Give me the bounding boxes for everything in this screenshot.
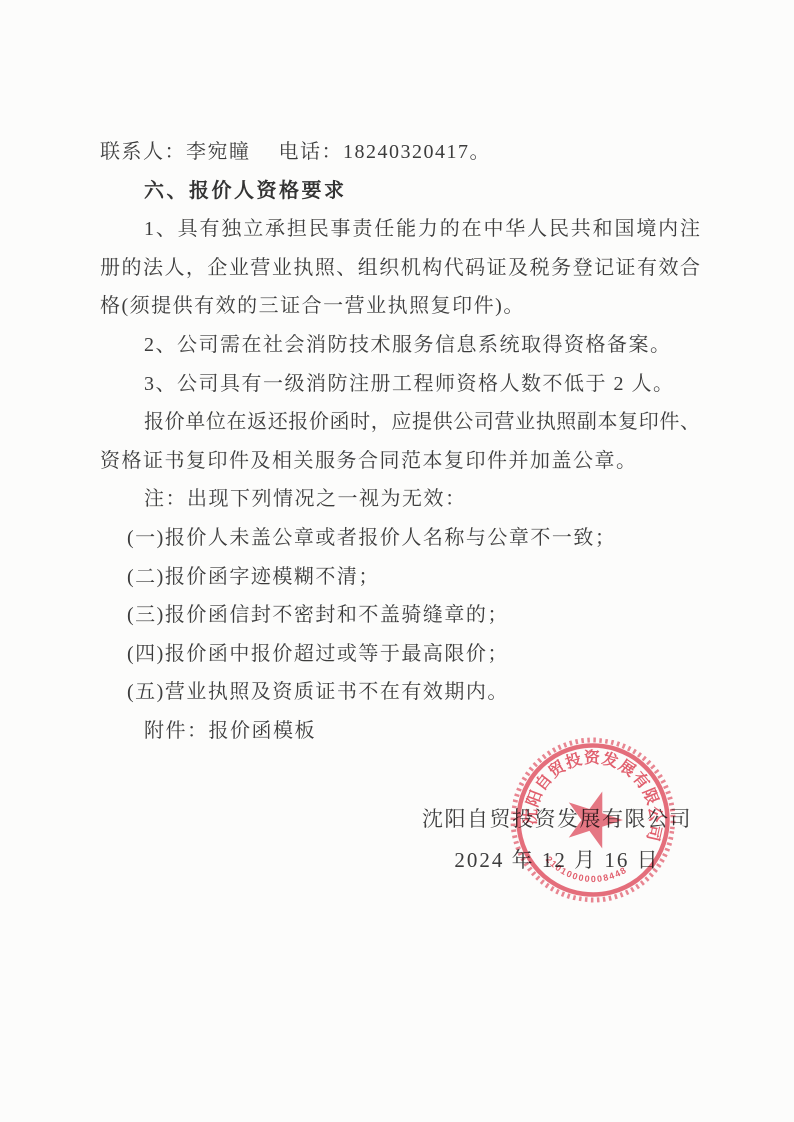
invalid-case-2: (二)报价函字迹模糊不清； [100,558,700,597]
document-body: 联系人：李宛瞳 电话：18240320417。 六、报价人资格要求 1、具有独立… [100,133,700,751]
requirement-2-line: 2、公司需在社会消防技术服务信息系统取得资格备案。 [100,326,700,365]
invalid-case-3: (三)报价函信封不密封和不盖骑缝章的； [100,596,700,635]
signature-company: 沈阳自贸投资发展有限公司 [422,806,692,832]
invalid-case-4: (四)报价函中报价超过或等于最高限价； [100,635,700,674]
section-heading: 六、报价人资格要求 [100,172,700,211]
requirement-1-line-3: 格(须提供有效的三证合一营业执照复印件)。 [100,287,700,326]
requirement-1-line-1: 1、具有独立承担民事责任能力的在中华人民共和国境内注 [100,210,700,249]
signature-block: 沈阳自贸投资发展有限公司 2024 年 12 月 16 日 [422,806,692,873]
invalid-note-heading: 注：出现下列情况之一视为无效： [100,480,700,519]
signature-date: 2024 年 12 月 16 日 [422,847,692,873]
return-notice-line-1: 报价单位在返还报价函时，应提供公司营业执照副本复印件、 [100,403,700,442]
document-page: 联系人：李宛瞳 电话：18240320417。 六、报价人资格要求 1、具有独立… [0,0,794,1122]
contact-line: 联系人：李宛瞳 电话：18240320417。 [100,133,700,172]
invalid-case-5: (五)营业执照及资质证书不在有效期内。 [100,673,700,712]
attachment-line: 附件：报价函模板 [100,712,700,751]
return-notice-line-2: 资格证书复印件及相关服务合同范本复印件并加盖公章。 [100,442,700,481]
invalid-case-1: (一)报价人未盖公章或者报价人名称与公章不一致； [100,519,700,558]
requirement-1-line-2: 册的法人，企业营业执照、组织机构代码证及税务登记证有效合 [100,249,700,288]
requirement-3-line: 3、公司具有一级消防注册工程师资格人数不低于 2 人。 [100,365,700,404]
